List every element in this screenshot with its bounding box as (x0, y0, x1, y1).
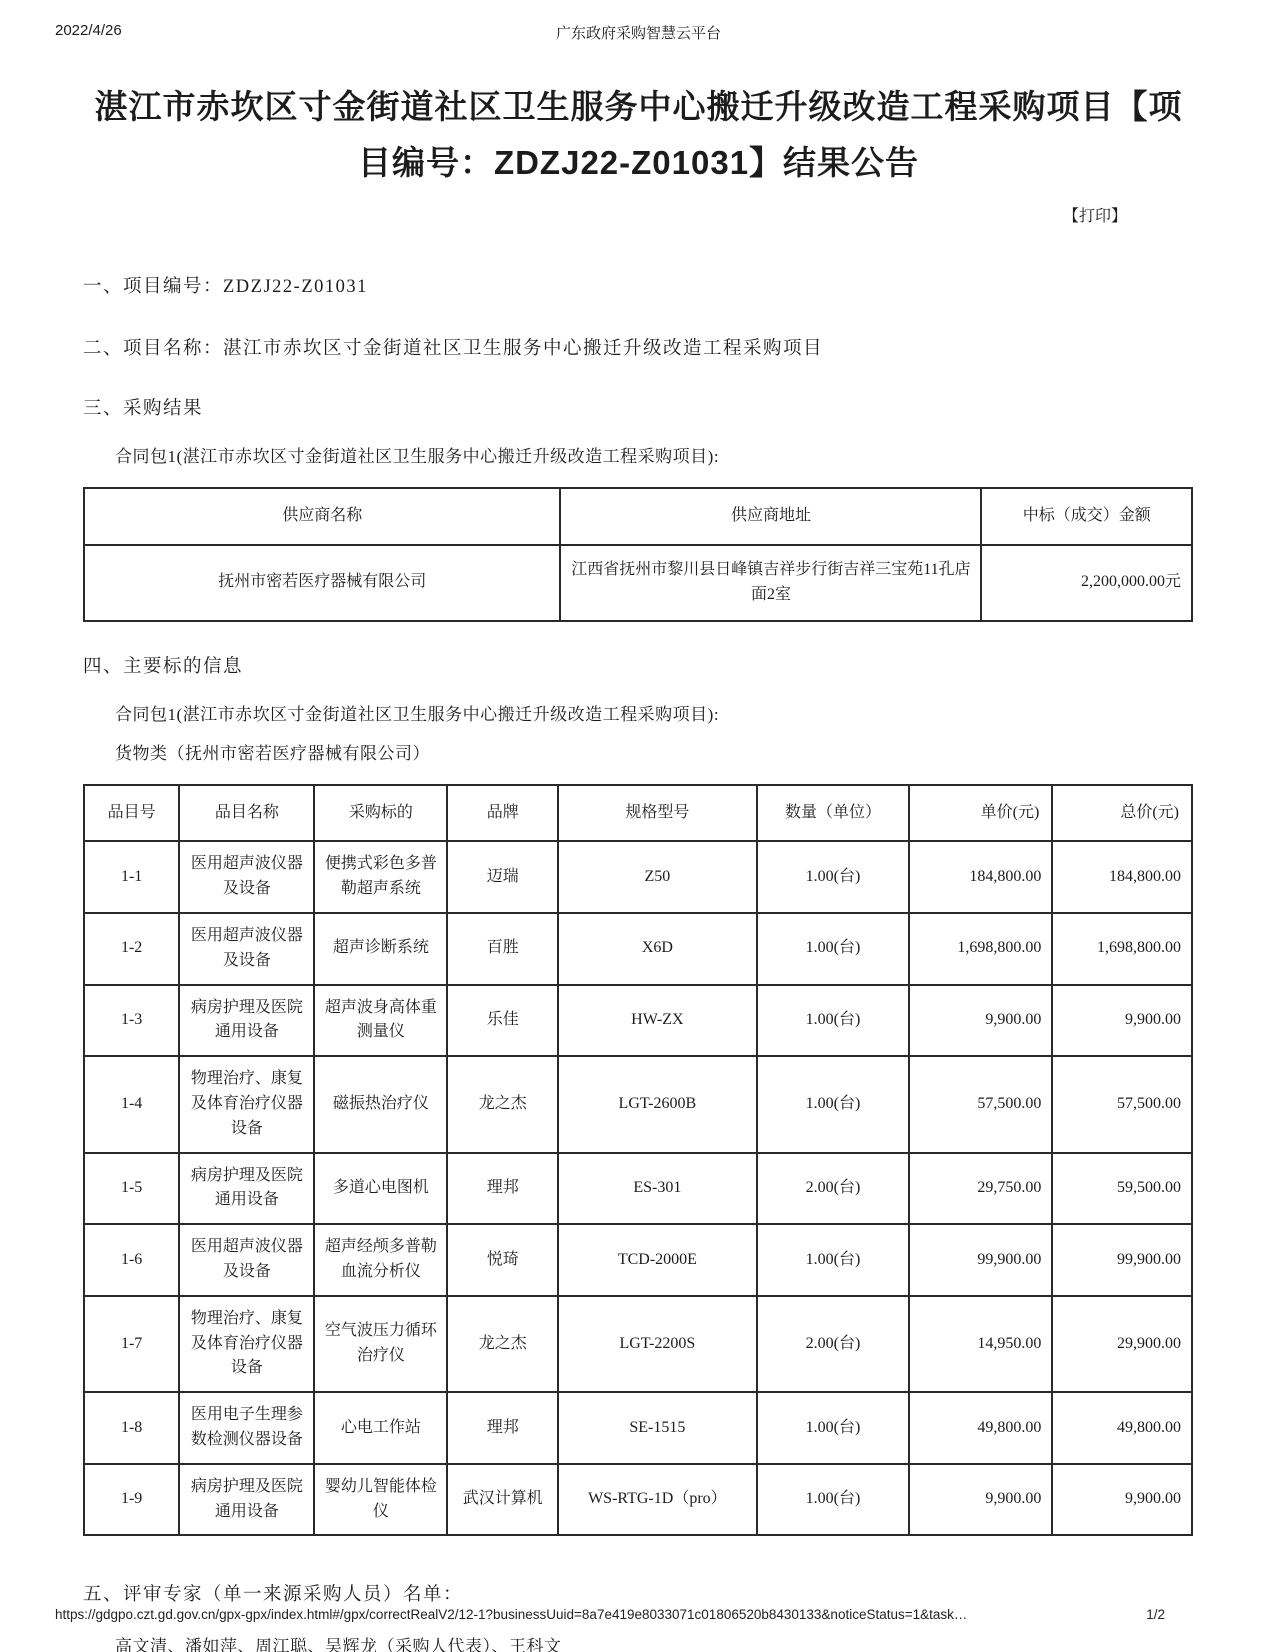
cell-brand: 乐佳 (447, 985, 558, 1057)
cell-brand: 武汉计算机 (447, 1464, 558, 1536)
item-row: 1-1 医用超声波仪器及设备 便携式彩色多普勒超声系统 迈瑞 Z50 1.00(… (84, 841, 1192, 913)
platform-name: 广东政府采购智慧云平台 (556, 22, 721, 43)
cell-procurement-target: 婴幼儿智能体检仪 (314, 1464, 447, 1536)
section-main-subject-info: 四、主要标的信息 (83, 652, 1193, 678)
cell-total-price: 57,500.00 (1052, 1056, 1192, 1152)
cell-item-no: 1-1 (84, 841, 179, 913)
cell-unit-price: 184,800.00 (909, 841, 1052, 913)
contract-package-note-2: 合同包1(湛江市赤坎区寸金街道社区卫生服务中心搬迁升级改造工程采购项目): (83, 700, 1193, 725)
cell-item-no: 1-3 (84, 985, 179, 1057)
cell-total-price: 184,800.00 (1052, 841, 1192, 913)
section-review-experts: 五、评审专家（单一来源采购人员）名单： (83, 1580, 1193, 1606)
cell-item-name: 物理治疗、康复及体育治疗仪器设备 (179, 1296, 314, 1392)
cell-unit-price: 9,900.00 (909, 1464, 1052, 1536)
cell-unit-price: 57,500.00 (909, 1056, 1052, 1152)
cell-item-name: 病房护理及医院通用设备 (179, 985, 314, 1057)
cell-item-no: 1-4 (84, 1056, 179, 1152)
col-award-amount: 中标（成交）金额 (981, 488, 1192, 545)
page-header: 2022/4/26 广东政府采购智慧云平台 (0, 0, 1277, 43)
cell-total-price: 49,800.00 (1052, 1392, 1192, 1464)
page-footer: https://gdgpo.czt.gd.gov.cn/gpx-gpx/inde… (55, 1607, 1165, 1622)
section-project-number: 一、项目编号：ZDZJ22-Z01031 (83, 272, 1193, 298)
cell-unit-price: 14,950.00 (909, 1296, 1052, 1392)
col-spec-model: 规格型号 (558, 785, 756, 842)
cell-brand: 百胜 (447, 913, 558, 985)
item-row: 1-9 病房护理及医院通用设备 婴幼儿智能体检仪 武汉计算机 WS-RTG-1D… (84, 1464, 1192, 1536)
col-total-price: 总价(元) (1052, 785, 1192, 842)
expert-names: 高文清、潘如萍、周江聪、吴辉龙（采购人代表）、王科文 (83, 1632, 1193, 1652)
supplier-row: 抚州市密若医疗器械有限公司 江西省抚州市黎川县日峰镇吉祥步行街吉祥三宝苑11孔店… (84, 545, 1192, 621)
cell-procurement-target: 空气波压力循环治疗仪 (314, 1296, 447, 1392)
supplier-table: 供应商名称 供应商地址 中标（成交）金额 抚州市密若医疗器械有限公司 江西省抚州… (83, 487, 1193, 621)
cell-procurement-target: 便携式彩色多普勒超声系统 (314, 841, 447, 913)
col-item-name: 品目名称 (179, 785, 314, 842)
cell-item-no: 1-2 (84, 913, 179, 985)
cell-total-price: 9,900.00 (1052, 1464, 1192, 1536)
cell-item-name: 物理治疗、康复及体育治疗仪器设备 (179, 1056, 314, 1152)
cell-total-price: 9,900.00 (1052, 985, 1192, 1057)
cell-spec-model: HW-ZX (558, 985, 756, 1057)
cell-unit-price: 29,750.00 (909, 1153, 1052, 1225)
cell-item-name: 病房护理及医院通用设备 (179, 1153, 314, 1225)
cell-procurement-target: 心电工作站 (314, 1392, 447, 1464)
cell-total-price: 59,500.00 (1052, 1153, 1192, 1225)
cell-award-amount: 2,200,000.00元 (981, 545, 1192, 621)
supplier-header-row: 供应商名称 供应商地址 中标（成交）金额 (84, 488, 1192, 545)
cell-spec-model: WS-RTG-1D（pro） (558, 1464, 756, 1536)
cell-item-no: 1-9 (84, 1464, 179, 1536)
cell-spec-model: LGT-2600B (558, 1056, 756, 1152)
col-unit-price: 单价(元) (909, 785, 1052, 842)
cell-quantity-unit: 1.00(台) (757, 1224, 910, 1296)
cell-quantity-unit: 1.00(台) (757, 1392, 910, 1464)
cell-supplier-address: 江西省抚州市黎川县日峰镇吉祥步行街吉祥三宝苑11孔店面2室 (560, 545, 981, 621)
col-supplier-address: 供应商地址 (560, 488, 981, 545)
cell-spec-model: SE-1515 (558, 1392, 756, 1464)
cell-quantity-unit: 1.00(台) (757, 985, 910, 1057)
cell-procurement-target: 多道心电图机 (314, 1153, 447, 1225)
item-row: 1-3 病房护理及医院通用设备 超声波身高体重测量仪 乐佳 HW-ZX 1.00… (84, 985, 1192, 1057)
cell-item-no: 1-8 (84, 1392, 179, 1464)
section-project-name: 二、项目名称：湛江市赤坎区寸金街道社区卫生服务中心搬迁升级改造工程采购项目 (83, 334, 1193, 360)
items-header-row: 品目号 品目名称 采购标的 品牌 规格型号 数量（单位） 单价(元) 总价(元) (84, 785, 1192, 842)
cell-brand: 龙之杰 (447, 1056, 558, 1152)
cell-total-price: 1,698,800.00 (1052, 913, 1192, 985)
col-item-no: 品目号 (84, 785, 179, 842)
page-indicator: 1/2 (1146, 1607, 1165, 1622)
item-row: 1-4 物理治疗、康复及体育治疗仪器设备 磁振热治疗仪 龙之杰 LGT-2600… (84, 1056, 1192, 1152)
cell-spec-model: Z50 (558, 841, 756, 913)
cell-item-no: 1-5 (84, 1153, 179, 1225)
item-row: 1-5 病房护理及医院通用设备 多道心电图机 理邦 ES-301 2.00(台)… (84, 1153, 1192, 1225)
items-table: 品目号 品目名称 采购标的 品牌 规格型号 数量（单位） 单价(元) 总价(元)… (83, 784, 1193, 1537)
cell-quantity-unit: 1.00(台) (757, 841, 910, 913)
cell-brand: 龙之杰 (447, 1296, 558, 1392)
cell-item-name: 医用电子生理参数检测仪器设备 (179, 1392, 314, 1464)
contract-package-note-1: 合同包1(湛江市赤坎区寸金街道社区卫生服务中心搬迁升级改造工程采购项目): (83, 442, 1193, 467)
cell-total-price: 29,900.00 (1052, 1296, 1192, 1392)
item-row: 1-2 医用超声波仪器及设备 超声诊断系统 百胜 X6D 1.00(台) 1,6… (84, 913, 1192, 985)
print-row: 【打印】 (0, 203, 1277, 226)
print-date: 2022/4/26 (55, 22, 556, 39)
item-row: 1-6 医用超声波仪器及设备 超声经颅多普勒血流分析仪 悦琦 TCD-2000E… (84, 1224, 1192, 1296)
cell-brand: 悦琦 (447, 1224, 558, 1296)
cell-item-name: 病房护理及医院通用设备 (179, 1464, 314, 1536)
cell-spec-model: ES-301 (558, 1153, 756, 1225)
footer-url: https://gdgpo.czt.gd.gov.cn/gpx-gpx/inde… (55, 1607, 967, 1622)
cell-item-no: 1-7 (84, 1296, 179, 1392)
cell-quantity-unit: 1.00(台) (757, 1464, 910, 1536)
cell-procurement-target: 超声经颅多普勒血流分析仪 (314, 1224, 447, 1296)
cell-supplier-name: 抚州市密若医疗器械有限公司 (84, 545, 560, 621)
col-supplier-name: 供应商名称 (84, 488, 560, 545)
print-button[interactable]: 【打印】 (1063, 208, 1127, 225)
cell-procurement-target: 超声波身高体重测量仪 (314, 985, 447, 1057)
cell-brand: 理邦 (447, 1392, 558, 1464)
section-procurement-result: 三、采购结果 (83, 394, 1193, 420)
cell-procurement-target: 磁振热治疗仪 (314, 1056, 447, 1152)
cell-brand: 理邦 (447, 1153, 558, 1225)
cell-item-name: 医用超声波仪器及设备 (179, 913, 314, 985)
cell-total-price: 99,900.00 (1052, 1224, 1192, 1296)
cell-quantity-unit: 1.00(台) (757, 913, 910, 985)
item-row: 1-7 物理治疗、康复及体育治疗仪器设备 空气波压力循环治疗仪 龙之杰 LGT-… (84, 1296, 1192, 1392)
cell-unit-price: 49,800.00 (909, 1392, 1052, 1464)
document-body: 一、项目编号：ZDZJ22-Z01031 二、项目名称：湛江市赤坎区寸金街道社区… (0, 272, 1277, 1652)
cell-brand: 迈瑞 (447, 841, 558, 913)
cell-item-name: 医用超声波仪器及设备 (179, 841, 314, 913)
cell-spec-model: LGT-2200S (558, 1296, 756, 1392)
cell-item-name: 医用超声波仪器及设备 (179, 1224, 314, 1296)
cell-item-no: 1-6 (84, 1224, 179, 1296)
page-title: 湛江市赤坎区寸金街道社区卫生服务中心搬迁升级改造工程采购项目【项目编号：ZDZJ… (95, 79, 1183, 191)
cell-unit-price: 9,900.00 (909, 985, 1052, 1057)
cell-unit-price: 99,900.00 (909, 1224, 1052, 1296)
col-quantity-unit: 数量（单位） (757, 785, 910, 842)
cell-quantity-unit: 2.00(台) (757, 1296, 910, 1392)
cell-quantity-unit: 1.00(台) (757, 1056, 910, 1152)
col-brand: 品牌 (447, 785, 558, 842)
col-procurement-target: 采购标的 (314, 785, 447, 842)
cell-spec-model: X6D (558, 913, 756, 985)
cell-procurement-target: 超声诊断系统 (314, 913, 447, 985)
cell-unit-price: 1,698,800.00 (909, 913, 1052, 985)
goods-category-note: 货物类（抚州市密若医疗器械有限公司） (83, 739, 1193, 764)
cell-quantity-unit: 2.00(台) (757, 1153, 910, 1225)
item-row: 1-8 医用电子生理参数检测仪器设备 心电工作站 理邦 SE-1515 1.00… (84, 1392, 1192, 1464)
cell-spec-model: TCD-2000E (558, 1224, 756, 1296)
